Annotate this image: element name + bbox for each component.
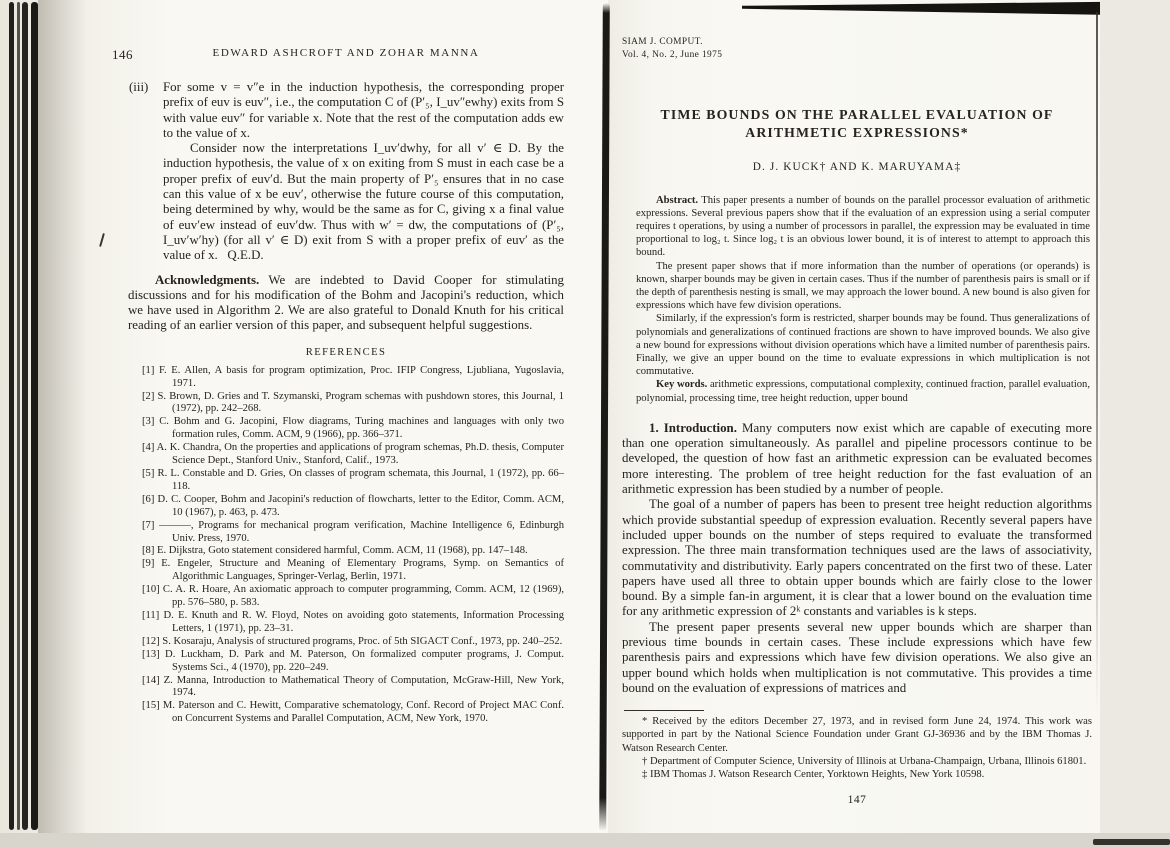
references-heading: REFERENCES bbox=[128, 347, 564, 358]
reference-item: [7] ———, Programs for mechanical program… bbox=[128, 520, 564, 546]
reference-item: [3] C. Bohm and G. Jacopini, Flow diagra… bbox=[128, 416, 564, 442]
binding-stripe-3 bbox=[22, 2, 28, 830]
references-list: [1] F. E. Allen, A basis for program opt… bbox=[128, 365, 564, 726]
abstract-paragraph-2: The present paper shows that if more inf… bbox=[636, 260, 1090, 313]
reference-item: [14] Z. Manna, Introduction to Mathemati… bbox=[128, 675, 564, 701]
journal-issue: Vol. 4, No. 2, June 1975 bbox=[622, 49, 1092, 62]
article-title: TIME BOUNDS ON THE PARALLEL EVALUATION O… bbox=[642, 106, 1072, 142]
abstract-section: Abstract. This paper presents a number o… bbox=[636, 194, 1090, 405]
reference-item: [9] E. Engeler, Structure and Meaning of… bbox=[128, 558, 564, 584]
reference-item: [11] D. E. Knuth and R. W. Floyd, Notes … bbox=[128, 610, 564, 636]
reference-item: [13] D. Luckham, D. Park and M. Paterson… bbox=[128, 649, 564, 675]
reference-item: [6] D. C. Cooper, Bohm and Jacopini's re… bbox=[128, 494, 564, 520]
abstract-paragraph-1: Abstract. This paper presents a number o… bbox=[636, 194, 1090, 260]
proof-paragraph: Consider now the interpretations I_uv′dw… bbox=[163, 141, 564, 263]
binding-stripe-4 bbox=[31, 2, 38, 830]
footnote-affiliation-1: † Department of Computer Science, Univer… bbox=[622, 755, 1092, 768]
reference-item: [15] M. Paterson and C. Hewitt, Comparat… bbox=[128, 700, 564, 726]
item-iii-label: (iii) bbox=[129, 80, 148, 95]
offpage-background bbox=[1100, 0, 1170, 833]
scanner-bed-strip bbox=[0, 833, 1170, 848]
journal-header: SIAM J. COMPUT. Vol. 4, No. 2, June 1975 bbox=[622, 36, 1092, 62]
introduction-heading: 1. Introduction. bbox=[649, 421, 737, 435]
right-page-column: SIAM J. COMPUT. Vol. 4, No. 2, June 1975… bbox=[622, 36, 1092, 708]
reference-item: [4] A. K. Chandra, On the properties and… bbox=[128, 442, 564, 468]
running-head: EDWARD ASHCROFT AND ZOHAR MANNA bbox=[128, 47, 564, 59]
reference-item: [2] S. Brown, D. Gries and T. Szymanski,… bbox=[128, 391, 564, 417]
key-words: Key words. arithmetic expressions, compu… bbox=[636, 378, 1090, 404]
reference-item: [1] F. E. Allen, A basis for program opt… bbox=[128, 365, 564, 391]
footnote-received: * Received by the editors December 27, 1… bbox=[622, 715, 1092, 755]
item-iii-text: For some v = v″e in the induction hypoth… bbox=[163, 80, 564, 140]
reference-item: [10] C. A. R. Hoare, An axiomatic approa… bbox=[128, 584, 564, 610]
abstract-text-1: This paper presents a number of bounds o… bbox=[636, 195, 1090, 259]
right-page-edge-line bbox=[1096, 12, 1098, 712]
binding-stripe-2 bbox=[17, 2, 20, 830]
footnote-rule bbox=[624, 710, 704, 711]
reference-item: [5] R. L. Constable and D. Gries, On cla… bbox=[128, 468, 564, 494]
reference-item: [8] E. Dijkstra, Goto statement consider… bbox=[128, 545, 564, 558]
binding-grain-shadow bbox=[38, 0, 88, 833]
journal-name: SIAM J. COMPUT. bbox=[622, 36, 1092, 49]
footnote-block: * Received by the editors December 27, 1… bbox=[622, 710, 1092, 806]
binding-stripe-1 bbox=[9, 2, 14, 830]
right-page-number: 147 bbox=[622, 794, 1092, 806]
reference-item: [12] S. Kosaraju, Analysis of structured… bbox=[128, 636, 564, 649]
key-words-lead: Key words. bbox=[656, 379, 707, 390]
abstract-paragraph-3: Similarly, if the expression's form is r… bbox=[636, 312, 1090, 378]
introduction-section: 1. Introduction. Many computers now exis… bbox=[622, 421, 1092, 696]
article-authors: D. J. KUCK† AND K. MARUYAMA‡ bbox=[622, 161, 1092, 173]
page-edge-bottom-mark bbox=[1093, 839, 1170, 845]
introduction-paragraph-3: The present paper presents several new u… bbox=[622, 620, 1092, 696]
introduction-paragraph-1: 1. Introduction. Many computers now exis… bbox=[622, 421, 1092, 497]
footnote-affiliation-2: ‡ IBM Thomas J. Watson Research Center, … bbox=[622, 768, 1092, 781]
acknowledgments-lead: Acknowledgments. bbox=[155, 273, 259, 287]
acknowledgments-paragraph: Acknowledgments. We are indebted to Davi… bbox=[128, 273, 564, 334]
introduction-paragraph-2: The goal of a number of papers has been … bbox=[622, 497, 1092, 619]
proof-item-iii: (iii) For some v = v″e in the induction … bbox=[128, 80, 564, 141]
left-page-column: EDWARD ASHCROFT AND ZOHAR MANNA (iii) Fo… bbox=[128, 47, 564, 726]
abstract-lead: Abstract. bbox=[656, 195, 698, 206]
footnotes: * Received by the editors December 27, 1… bbox=[622, 715, 1092, 781]
